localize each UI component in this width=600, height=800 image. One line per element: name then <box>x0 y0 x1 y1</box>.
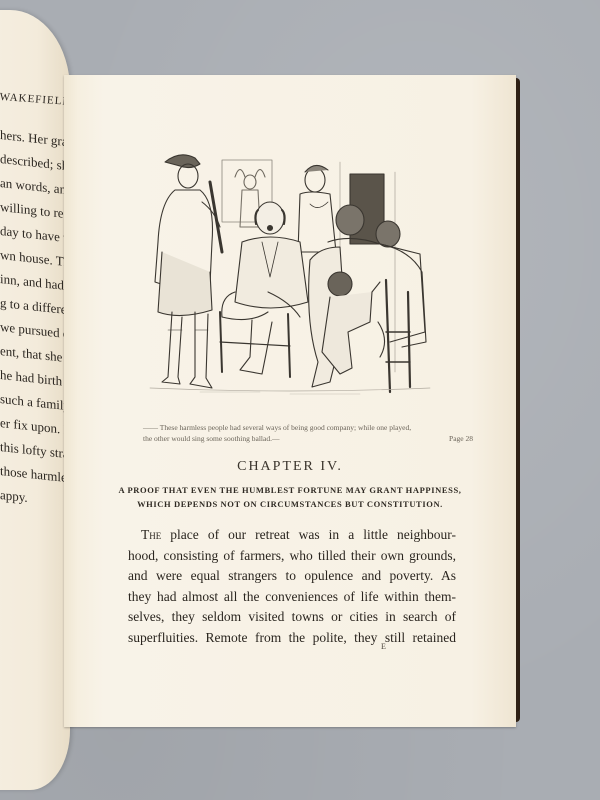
drop-word: The <box>141 527 161 542</box>
chapter-subtitle-line: A PROOF THAT EVEN THE HUMBLEST FORTUNE M… <box>64 483 516 497</box>
signature-mark: E <box>381 642 386 651</box>
caption-page-ref: Page 28 <box>449 433 473 444</box>
illustration-caption: —— These harmless people had several way… <box>143 422 473 444</box>
body-line: hood, consisting of farmers, who tilled … <box>128 546 456 567</box>
caption-line-1: —— These harmless people had several way… <box>143 422 473 433</box>
body-line: The place of our retreat was in a little… <box>128 525 456 546</box>
left-page-text: hers. Her gratitude ma described; she th… <box>0 127 70 511</box>
body-line-text: place of our retreat was in a little nei… <box>170 527 456 542</box>
chapter-title: CHAPTER IV. <box>64 459 516 475</box>
chapter-subtitle: A PROOF THAT EVEN THE HUMBLEST FORTUNE M… <box>64 483 516 511</box>
body-line: selves, they seldom visited towns or cit… <box>128 607 456 628</box>
engraving-illustration <box>140 142 440 410</box>
body-line: and were equal strangers to opulence and… <box>128 566 456 587</box>
caption-line-2: the other would sing some soothing balla… <box>143 433 279 444</box>
body-line: they had almost all the conveniences of … <box>128 587 456 608</box>
left-page: WAKEFIELD. hers. Her gratitude ma descri… <box>0 10 70 790</box>
left-running-header: WAKEFIELD. <box>0 91 70 108</box>
chapter-body-text: The place of our retreat was in a little… <box>128 525 456 648</box>
body-line: superfluities. Remote from the polite, t… <box>128 628 456 649</box>
chapter-subtitle-line: WHICH DEPENDS NOT ON CIRCUMSTANCES BUT C… <box>64 497 516 511</box>
